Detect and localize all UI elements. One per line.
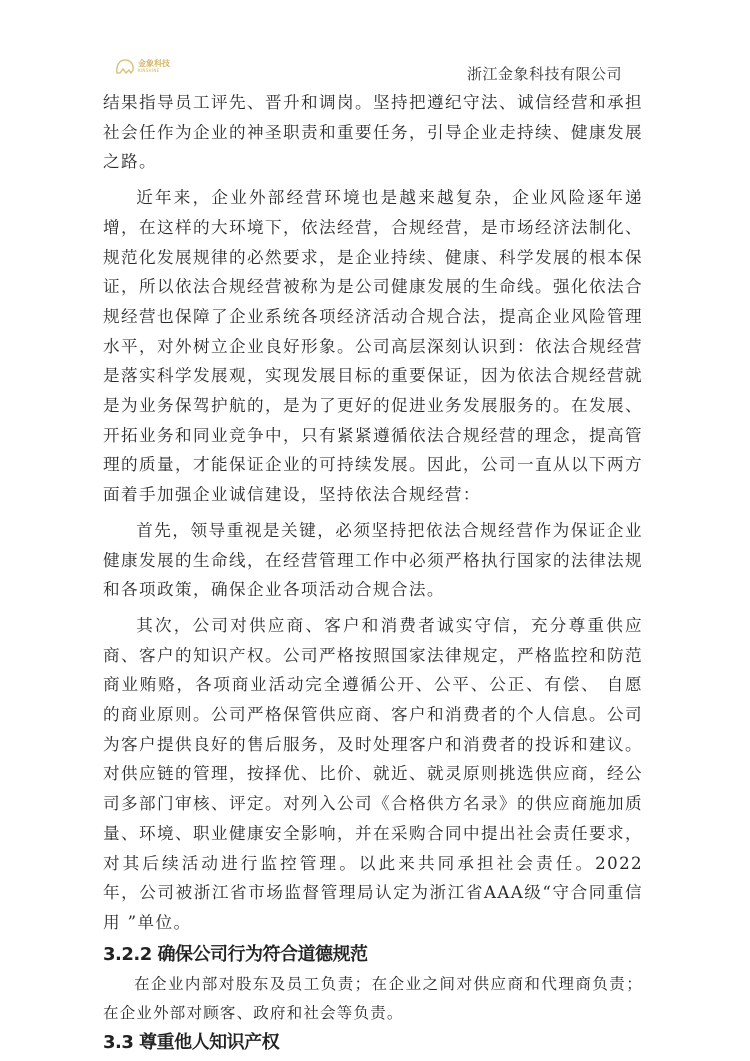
- logo-name-en: KINSHINE: [138, 69, 170, 73]
- paragraph-ethics: 在企业内部对股东及员工负责；在企业之间对供应商和代理商负责；在企业外部对顾客、政…: [103, 970, 643, 1028]
- elephant-logo-icon: [114, 56, 136, 76]
- paragraph-continued: 结果指导员工评先、晋升和调岗。坚持把遵纪守法、诚信经营和承担社会任作为企业的神圣…: [103, 88, 643, 177]
- logo-name-cn: 金象科技: [138, 60, 170, 68]
- company-logo: 金象科技 KINSHINE: [114, 54, 178, 78]
- section-heading-3-2-2: 3.2.2 确保公司行为符合道德规范: [103, 940, 643, 970]
- page-header: 金象科技 KINSHINE 浙江金象科技有限公司: [0, 0, 750, 90]
- section-heading-3-3: 3.3 尊重他人知识产权: [103, 1028, 643, 1058]
- paragraph-compliance: 近年来，企业外部经营环境也是越来越复杂，企业风险逐年递增，在这样的大环境下，依法…: [103, 183, 643, 510]
- company-name: 浙江金象科技有限公司: [467, 63, 622, 84]
- paragraph-first: 首先，领导重视是关键，必须坚持把依法合规经营作为保证企业健康发展的生命线，在经营…: [103, 516, 643, 605]
- paragraph-second: 其次，公司对供应商、客户和消费者诚实守信，充分尊重供应商、客户的知识产权。公司严…: [103, 611, 643, 938]
- document-body: 结果指导员工评先、晋升和调岗。坚持把遵纪守法、诚信经营和承担社会任作为企业的神圣…: [103, 88, 643, 1058]
